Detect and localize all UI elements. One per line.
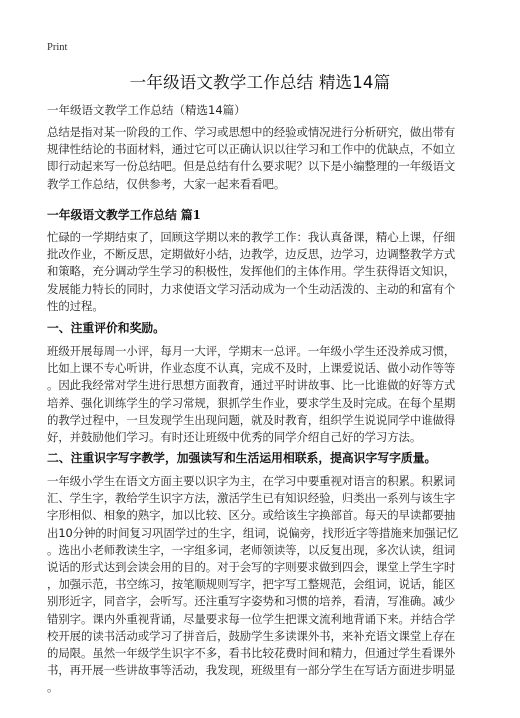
text-line: 字形相似、相象的熟字，加以比较、区分。或给该生字换部首。每天的早读都要抽 — [47, 507, 507, 524]
text-line: 即行动起来写一份总结吧。但是总结有什么要求呢？以下是小编整理的一年级语文 — [47, 158, 507, 175]
text-line: 。因此我经常对学生进行思想方面教育，通过平时讲故事、比一比谁做的好等方式 — [47, 377, 507, 394]
text-line: 总结是指对某一阶段的工作、学习或思想中的经验或情况进行分析研究，做出带有 — [47, 124, 507, 141]
text-line: 别形近字，同音字，会听写。还注重写字姿势和习惯的培养，看清，写准确。减少 — [47, 593, 507, 610]
article-paragraph-1: 忙碌的一学期结束了，回顾这学期以来的教学工作：我认真备课，精心上课，仔细 批改作… — [47, 229, 507, 315]
text-line: 一年级小学生在语文方面主要以识字为主，在学习中要重视对语言的积累。积累词 — [47, 473, 507, 490]
text-line: 培养、强化训练学生的学习常规，狠抓学生作业，要求学生及时完成。在每个星期 — [47, 395, 507, 412]
text-line: 忙碌的一学期结束了，回顾这学期以来的教学工作：我认真备课，精心上课，仔细 — [47, 229, 507, 246]
document-subtitle: 一年级语文教学工作总结（精选14篇） — [47, 102, 246, 118]
text-line: 发展能力特长的同时，力求使语文学习活动成为一个生动活泼的、主动的和富有个 — [47, 281, 507, 298]
text-line: 出10分钟的时间复习巩固学过的生字，组词，说偏旁，找形近字等措施来加强记忆 — [47, 525, 507, 542]
document-title: 一年级语文教学工作总结 精选14篇 — [0, 69, 520, 93]
text-line: 校开展的读书活动或学习了拼音后，鼓励学生多读课外书，来补充语文课堂上存在 — [47, 628, 507, 645]
text-line: 书，再开展一些讲故事等活动，我发现，班级里有一部分学生在写话方面进步明显 — [47, 662, 507, 679]
text-line: ，加强示范，书空练习，按笔顺规则写字，把字写工整规范，会组词，说话，能区 — [47, 576, 507, 593]
section-1-paragraph: 班级开展每周一小评，每月一大评，学期末一总评。一年级小学生还没养成习惯， 比如上… — [47, 343, 507, 446]
text-line: 的局限。虽然一年级学生识字不多，看书比较花费时间和精力，但通过学生看课外 — [47, 645, 507, 662]
text-line: 性的过程。 — [47, 298, 507, 315]
text-line: 和策略，充分调动学生学习的积极性，发挥他们的主体作用。学生获得语文知识， — [47, 263, 507, 280]
text-line: 好，并鼓励他们学习。有时还让班级中优秀的同学介绍自己好的学习方法。 — [47, 429, 507, 446]
text-line: 说话的形式达到会读会用的目的。对于会写的字则要求做到四会，课堂上学生字时 — [47, 559, 507, 576]
intro-paragraph: 总结是指对某一阶段的工作、学习或思想中的经验或情况进行分析研究，做出带有 规律性… — [47, 124, 507, 193]
article-heading: 一年级语文教学工作总结 篇1 — [47, 206, 507, 223]
text-line: 比如上课不专心听讲，作业态度不认真，完成不及时，上课爱说话、做小动作等等 — [47, 360, 507, 377]
text-line: 汇、学生字，教给学生识字方法，激活学生已有知识经验，归类出一系列与该生字 — [47, 490, 507, 507]
text-line: 批改作业，不断反思，定期做好小结，边教学，边反思，边学习，边调整教学方式 — [47, 246, 507, 263]
document-page: Print 一年级语文教学工作总结 精选14篇 一年级语文教学工作总结（精选14… — [0, 0, 520, 718]
print-label: Print — [47, 42, 67, 53]
section-2-paragraph: 一年级小学生在语文方面主要以识字为主，在学习中要重视对语言的积累。积累词 汇、学… — [47, 473, 507, 696]
text-line: 。 — [47, 679, 507, 696]
section-2-heading: 二、注重识字写字教学，加强读写和生活运用相联系，提高识字写字质量。 — [47, 449, 507, 466]
text-line: 教学工作总结，仅供参考，大家一起来看看吧。 — [47, 176, 507, 193]
text-line: 的教学过程中，一旦发现学生出现问题，就及时教育，组织学生说说同学中谁做得 — [47, 412, 507, 429]
text-line: 错别字。课内外重视背诵，尽量要求每一位学生把课文流利地背诵下来。并结合学 — [47, 611, 507, 628]
text-line: 。选出小老师教读生字，一字组多词，老师领读等，以反复出现，多次认读，组词 — [47, 542, 507, 559]
section-1-heading: 一、注重评价和奖励。 — [47, 319, 507, 336]
text-line: 班级开展每周一小评，每月一大评，学期末一总评。一年级小学生还没养成习惯， — [47, 343, 507, 360]
text-line: 规律性结论的书面材料，通过它可以正确认识以往学习和工作中的优缺点，不如立 — [47, 141, 507, 158]
